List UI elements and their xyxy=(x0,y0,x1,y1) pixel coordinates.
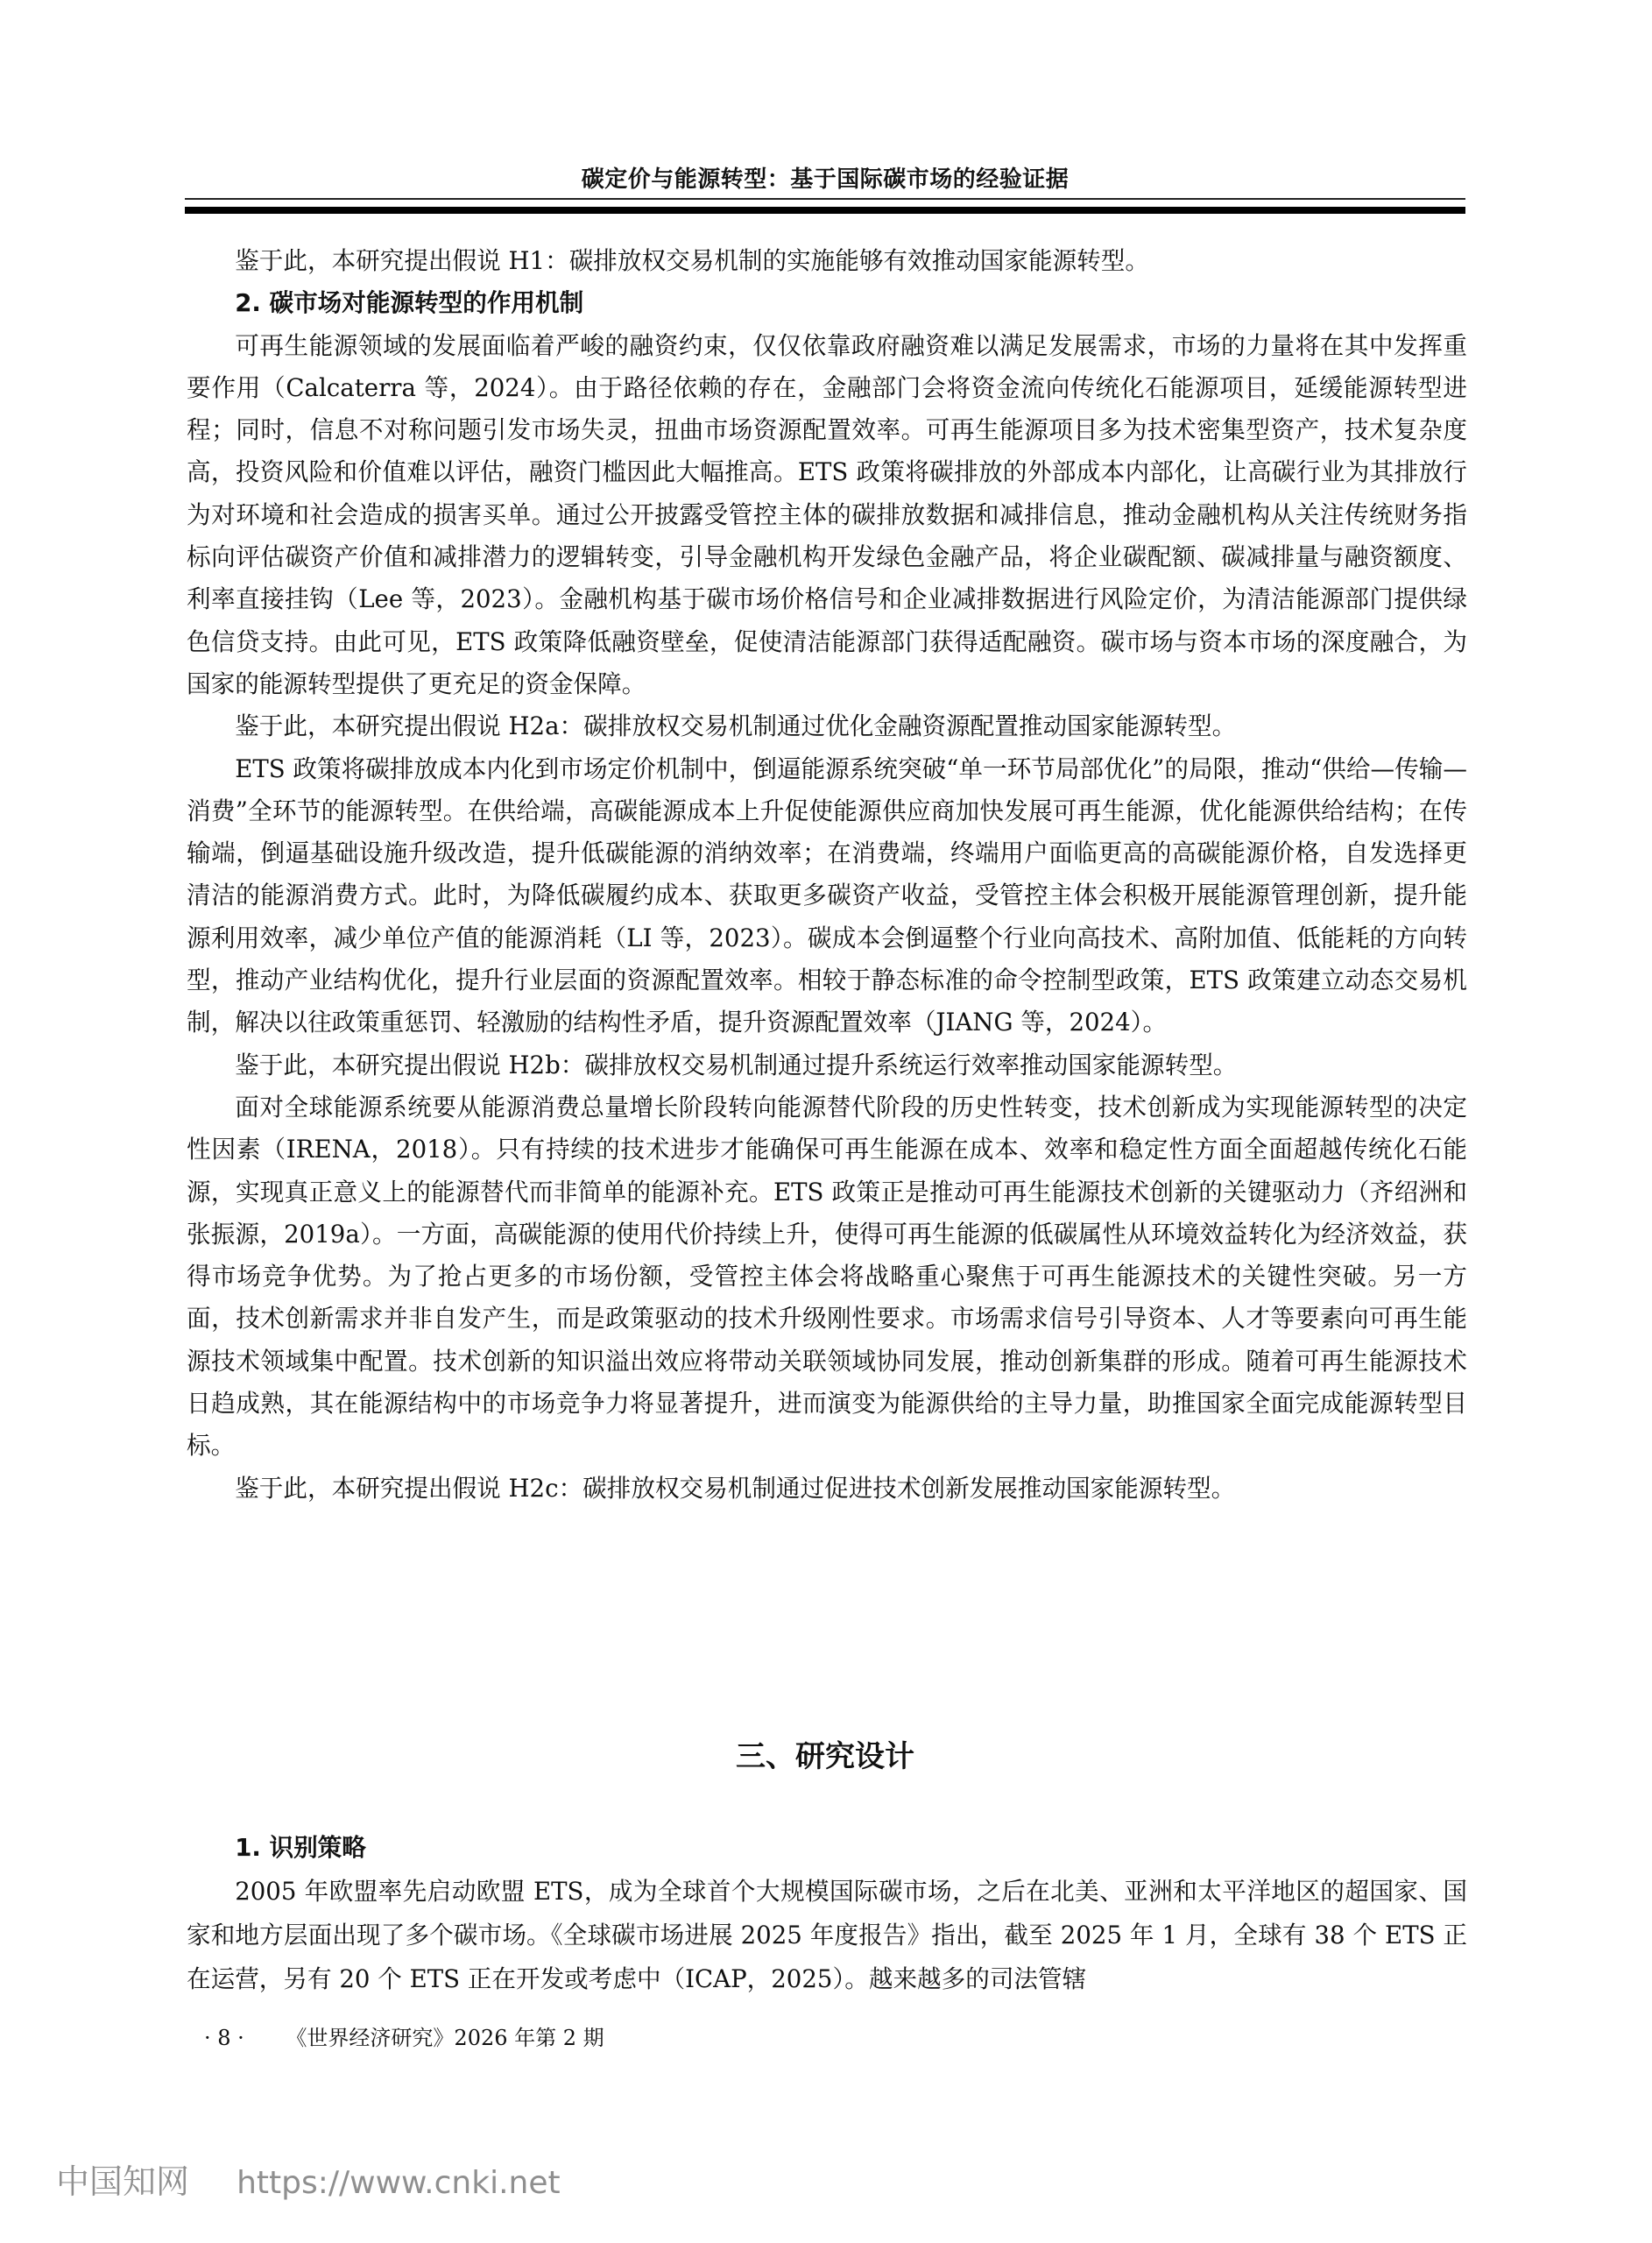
cnki-watermark: 中国知网 https://www.cnki.net xyxy=(56,2157,561,2208)
section-research-design-body: 1. 识别策略 2005 年欧盟率先启动欧盟 ETS，成为全球首个大规模国际碳市… xyxy=(187,1826,1467,2001)
paragraph-finance-channel: 可再生能源领域的发展面临着严峻的融资约束，仅仅依靠政府融资难以满足发展需求，市场… xyxy=(187,325,1467,706)
paragraph-innovation-channel: 面对全球能源系统要从能源消费总量增长阶段转向能源替代阶段的历史性转变，技术创新成… xyxy=(187,1086,1467,1468)
hypothesis-h1: 鉴于此，本研究提出假说 H1：碳排放权交易机制的实施能够有效推动国家能源转型。 xyxy=(187,240,1467,282)
subsection-heading-mechanism: 2. 碳市场对能源转型的作用机制 xyxy=(187,282,1467,324)
hypothesis-h2a: 鉴于此，本研究提出假说 H2a：碳排放权交易机制通过优化金融资源配置推动国家能源… xyxy=(187,705,1467,747)
paragraph-identification-strategy: 2005 年欧盟率先启动欧盟 ETS，成为全球首个大规模国际碳市场，之后在北美、… xyxy=(187,1870,1467,2001)
paragraph-efficiency-channel: ETS 政策将碳排放成本内化到市场定价机制中，倒逼能源系统突破“单一环节局部优化… xyxy=(187,748,1467,1044)
hypothesis-h2b: 鉴于此，本研究提出假说 H2b：碳排放权交易机制通过提升系统运行效率推动国家能源… xyxy=(187,1044,1467,1086)
section-heading-research-design: 三、研究设计 xyxy=(185,1735,1465,1779)
watermark-url[interactable]: https://www.cnki.net xyxy=(237,2165,561,2201)
journal-issue: 《世界经济研究》2026 年第 2 期 xyxy=(286,2026,604,2050)
watermark-brand: 中国知网 xyxy=(56,2162,189,2201)
article-body: 鉴于此，本研究提出假说 H1：碳排放权交易机制的实施能够有效推动国家能源转型。 … xyxy=(187,240,1467,1510)
page-number: · 8 · xyxy=(204,2022,244,2054)
header-rule-thick xyxy=(185,207,1465,214)
running-title: 碳定价与能源转型：基于国际碳市场的经验证据 xyxy=(185,161,1465,194)
hypothesis-h2c: 鉴于此，本研究提出假说 H2c：碳排放权交易机制通过促进技术创新发展推动国家能源… xyxy=(187,1468,1467,1510)
header-rule-thin xyxy=(185,198,1465,200)
page-footer: · 8 · 《世界经济研究》2026 年第 2 期 xyxy=(204,2022,604,2054)
subsection-heading-identification: 1. 识别策略 xyxy=(187,1826,1467,1870)
